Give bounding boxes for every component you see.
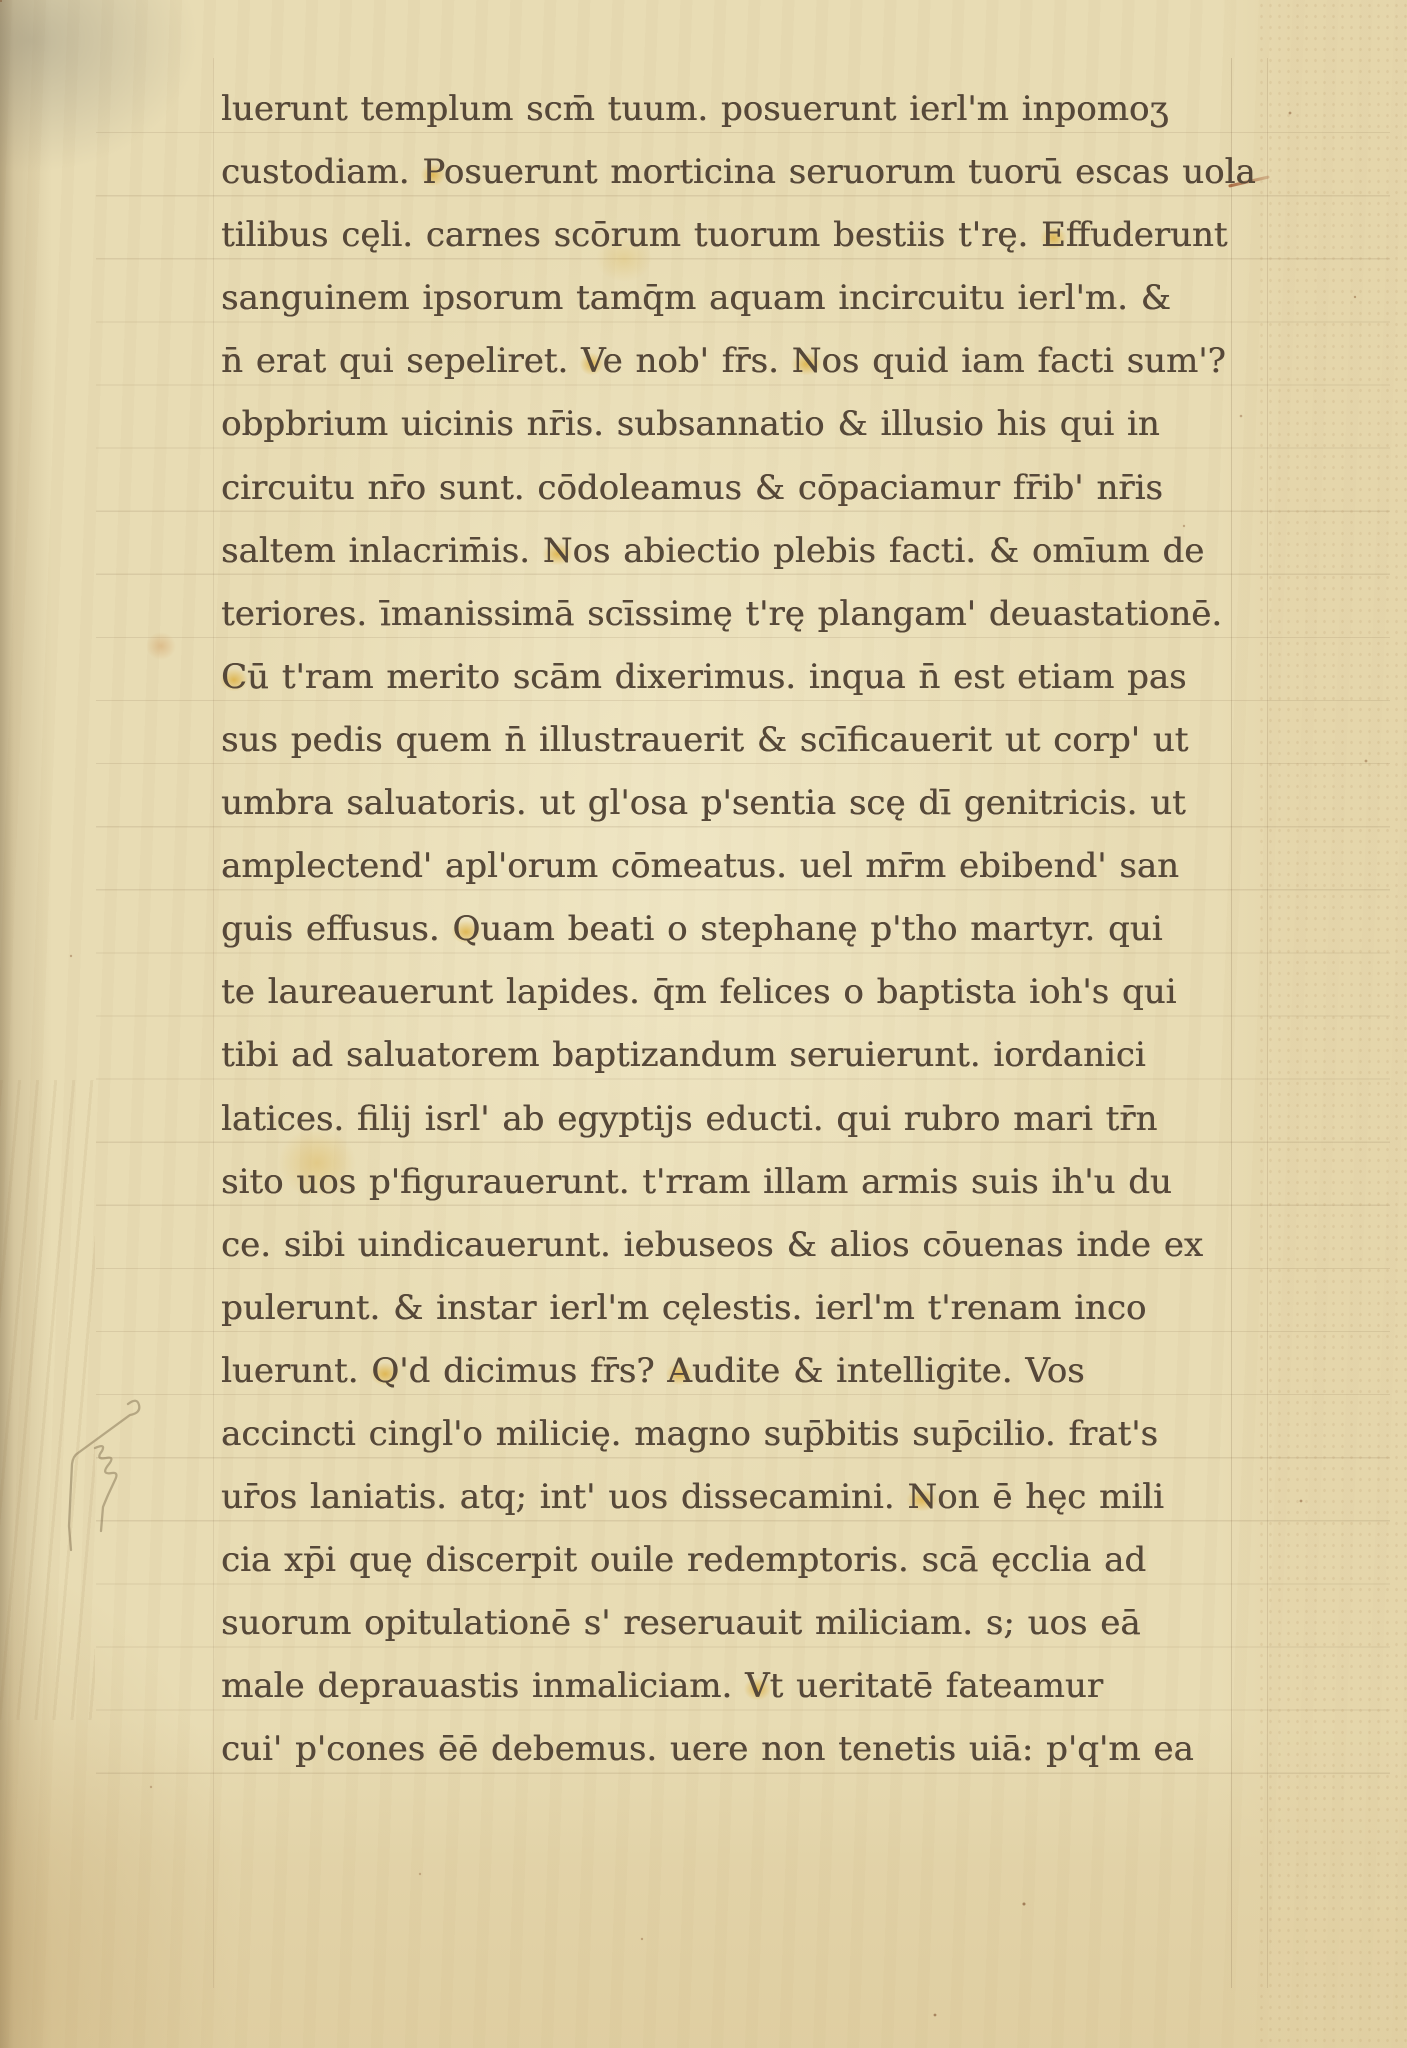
rubricated-initial: V	[745, 1666, 770, 1706]
text-line-11: sus pedis quem n̄ illustrauerit & scīfic…	[221, 709, 1251, 772]
text-line-3: tilibus cęli. carnes scōrum tuorum besti…	[221, 204, 1251, 267]
right-ruling-line-outer	[1267, 58, 1268, 1988]
text-line-23: ur̄os laniatis. atq; int' uos dissecamin…	[221, 1466, 1251, 1529]
text-line-10: Cū t'ram merito scām dixerimus. inqua n̄…	[221, 646, 1251, 709]
rubricated-initial: N	[792, 341, 822, 381]
rubricated-initial: A	[667, 1351, 692, 1391]
text-line-25: suorum opitulationē s' reseruauit milici…	[221, 1592, 1251, 1655]
rubricated-initial: Q	[452, 909, 480, 949]
text-line-6: obpbrium uicinis nr̄is. subsannatio & il…	[221, 393, 1251, 456]
text-line-16: tibi ad saluatorem baptizandum seruierun…	[221, 1024, 1251, 1087]
text-line-9: teriores. īmanissimā scīssimę t'rę plang…	[221, 583, 1251, 646]
manuscript-page: luerunt templum scm̄ tuum. posuerunt ier…	[0, 0, 1407, 2048]
parchment-texture	[1257, 0, 1407, 2048]
left-ruling-line	[213, 58, 214, 1988]
text-line-15: te laureauerunt lapides. q̄m felices o b…	[221, 961, 1251, 1024]
text-line-1: luerunt templum scm̄ tuum. posuerunt ier…	[221, 78, 1251, 141]
rubricated-initial: Q	[371, 1351, 399, 1391]
manicule-icon	[40, 1388, 150, 1558]
rubricated-initial: C	[221, 657, 247, 697]
text-line-24: cia xp̄i quę discerpit ouile redemptoris…	[221, 1529, 1251, 1592]
rubricated-initial: N	[543, 531, 573, 571]
text-line-13: amplectend' apl'orum cōmeatus. uel mr̄m …	[221, 835, 1251, 898]
rubricated-initial: E	[1041, 215, 1066, 255]
text-line-14: guis effusus. Quam beati o stephanę p'th…	[221, 898, 1251, 961]
rubricated-initial: N	[907, 1477, 937, 1517]
text-line-2: custodiam. Posuerunt morticina seruorum …	[221, 141, 1251, 204]
text-line-17: latices. filij isrl' ab egyptijs educti.…	[221, 1088, 1251, 1151]
text-line-26: male deprauastis inmaliciam. Vt ueritatē…	[221, 1655, 1251, 1718]
text-block: luerunt templum scm̄ tuum. posuerunt ier…	[221, 78, 1251, 1782]
text-line-19: ce. sibi uindicauerunt. iebuseos & alios…	[221, 1214, 1251, 1277]
text-line-18: sito uos p'figurauerunt. t'rram illam ar…	[221, 1151, 1251, 1214]
text-line-8: saltem inlacrim̄is. Nos abiectio plebis …	[221, 520, 1251, 583]
text-line-4: sanguinem ipsorum tamq̄m aquam incircuit…	[221, 267, 1251, 330]
ink-specks	[0, 0, 2, 2]
text-line-20: pulerunt. & instar ierl'm cęlestis. ierl…	[221, 1277, 1251, 1340]
rubricated-initial: V	[581, 341, 602, 381]
text-line-12: umbra saluatoris. ut gl'osa p'sentia scę…	[221, 772, 1251, 835]
text-line-27: cui' p'cones ēē debemus. uere non teneti…	[221, 1718, 1251, 1781]
text-line-7: circuitu nr̄o sunt. cōdoleamus & cōpacia…	[221, 457, 1251, 520]
parchment-stain	[146, 632, 176, 660]
text-line-22: accincti cingl'o milicię. magno sup̄biti…	[221, 1403, 1251, 1466]
text-line-5: n̄ erat qui sepeliret. Ve nob' fr̄s. Nos…	[221, 330, 1251, 393]
rubricated-initial: P	[422, 152, 444, 192]
text-line-21: luerunt. Q'd dicimus fr̄s? Audite & inte…	[221, 1340, 1251, 1403]
